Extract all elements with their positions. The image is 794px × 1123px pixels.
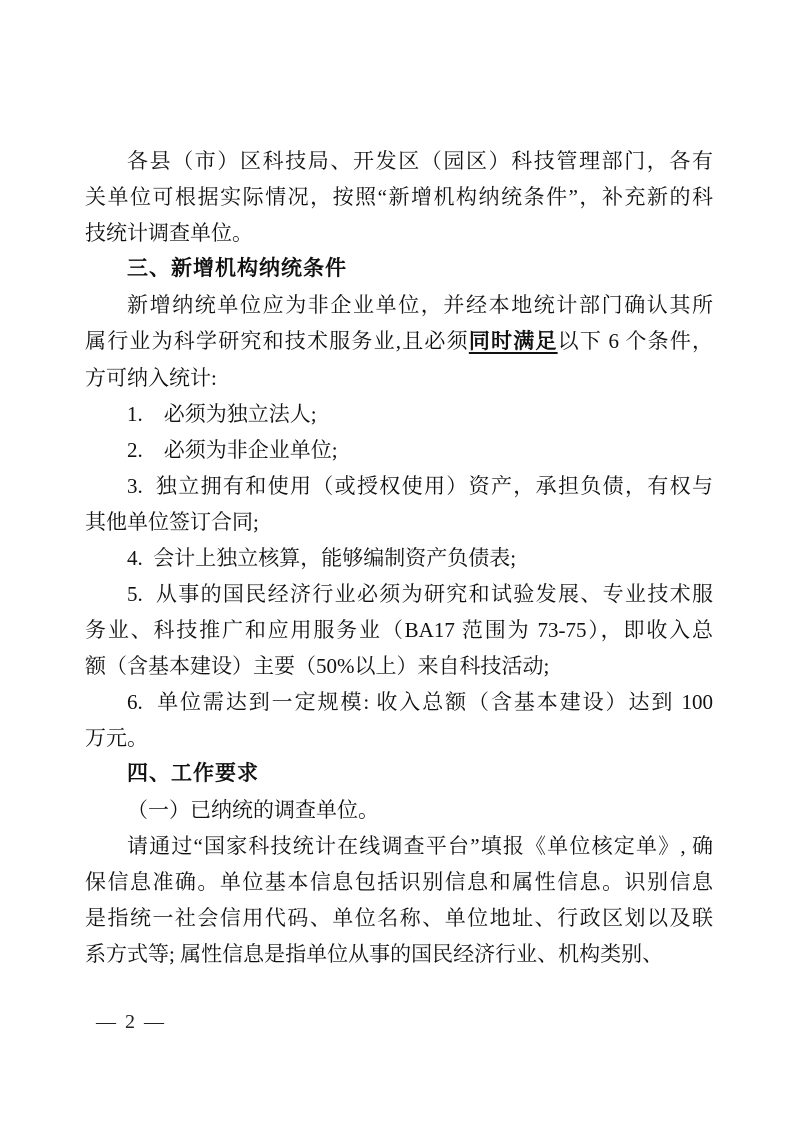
text-segment: 以下 6 个条件， xyxy=(558,329,713,353)
para-list-item: 6. 单位需达到一定规模: 收入总额（含基本建设）达到 100万元。 xyxy=(85,684,713,756)
text-line: 6. 单位需达到一定规模: 收入总额（含基本建设）达到 100 xyxy=(85,684,713,720)
text-line: 万元。 xyxy=(85,720,713,756)
text-line: 四、工作要求 xyxy=(85,756,713,792)
text-line: 方可纳入统计: xyxy=(85,360,713,396)
para-list-item: 5. 从事的国民经济行业必须为研究和试验发展、专业技术服务业、科技推广和应用服务… xyxy=(85,576,713,684)
text-line: 其他单位签订合同; xyxy=(85,504,713,540)
para-list-item: 3. 独立拥有和使用（或授权使用）资产，承担负债，有权与其他单位签订合同; xyxy=(85,468,713,540)
text-line: 1. 必须为独立法人; xyxy=(85,396,713,432)
para-list-item: 1. 必须为独立法人; xyxy=(85,396,713,432)
page-number: — 2 — xyxy=(96,1008,166,1036)
text-line: 务业、科技推广和应用服务业（BA17 范围为 73-75），即收入总 xyxy=(85,612,713,648)
para-body: 请通过“国家科技统计在线调查平台”填报《单位核定单》, 确保信息准确。单位基本信… xyxy=(85,828,713,972)
text-line: 4. 会计上独立核算，能够编制资产负债表; xyxy=(85,540,713,576)
text-line: 技统计调查单位。 xyxy=(85,215,713,251)
para-heading: 四、工作要求 xyxy=(85,756,713,792)
text-line: 额（含基本建设）主要（50%以上）来自科技活动; xyxy=(85,648,713,684)
para-body: 各县（市）区科技局、开发区（园区）科技管理部门，各有关单位可根据实际情况，按照“… xyxy=(85,143,713,251)
para-body: 新增纳统单位应为非企业单位，并经本地统计部门确认其所属行业为科学研究和技术服务业… xyxy=(85,287,713,396)
text-line: （一）已纳统的调查单位。 xyxy=(85,792,713,828)
text-line: 保信息准确。单位基本信息包括识别信息和属性信息。识别信息 xyxy=(85,864,713,900)
emphasis-bold-underline: 同时满足 xyxy=(469,330,558,353)
text-line: 关单位可根据实际情况，按照“新增机构纳统条件”，补充新的科 xyxy=(85,179,713,215)
para-list-item: 2. 必须为非企业单位; xyxy=(85,432,713,468)
para-list-item: 4. 会计上独立核算，能够编制资产负债表; xyxy=(85,540,713,576)
text-line: 3. 独立拥有和使用（或授权使用）资产，承担负债，有权与 xyxy=(85,468,713,504)
text-line: 各县（市）区科技局、开发区（园区）科技管理部门，各有 xyxy=(85,143,713,179)
text-line: 请通过“国家科技统计在线调查平台”填报《单位核定单》, 确 xyxy=(85,828,713,864)
document-page: 各县（市）区科技局、开发区（园区）科技管理部门，各有关单位可根据实际情况，按照“… xyxy=(0,0,794,1123)
text-line: 系方式等; 属性信息是指单位从事的国民经济行业、机构类别、 xyxy=(85,936,713,972)
document-body: 各县（市）区科技局、开发区（园区）科技管理部门，各有关单位可根据实际情况，按照“… xyxy=(85,143,713,972)
text-line: 三、新增机构纳统条件 xyxy=(85,251,713,287)
text-line: 新增纳统单位应为非企业单位，并经本地统计部门确认其所 xyxy=(85,287,713,323)
text-line: 5. 从事的国民经济行业必须为研究和试验发展、专业技术服 xyxy=(85,576,713,612)
text-line: 2. 必须为非企业单位; xyxy=(85,432,713,468)
text-line: 是指统一社会信用代码、单位名称、单位地址、行政区划以及联 xyxy=(85,900,713,936)
text-segment: 属行业为科学研究和技术服务业,且必须 xyxy=(85,329,469,353)
para-body: （一）已纳统的调查单位。 xyxy=(85,792,713,828)
para-heading: 三、新增机构纳统条件 xyxy=(85,251,713,287)
text-line: 属行业为科学研究和技术服务业,且必须同时满足以下 6 个条件， xyxy=(85,323,713,360)
